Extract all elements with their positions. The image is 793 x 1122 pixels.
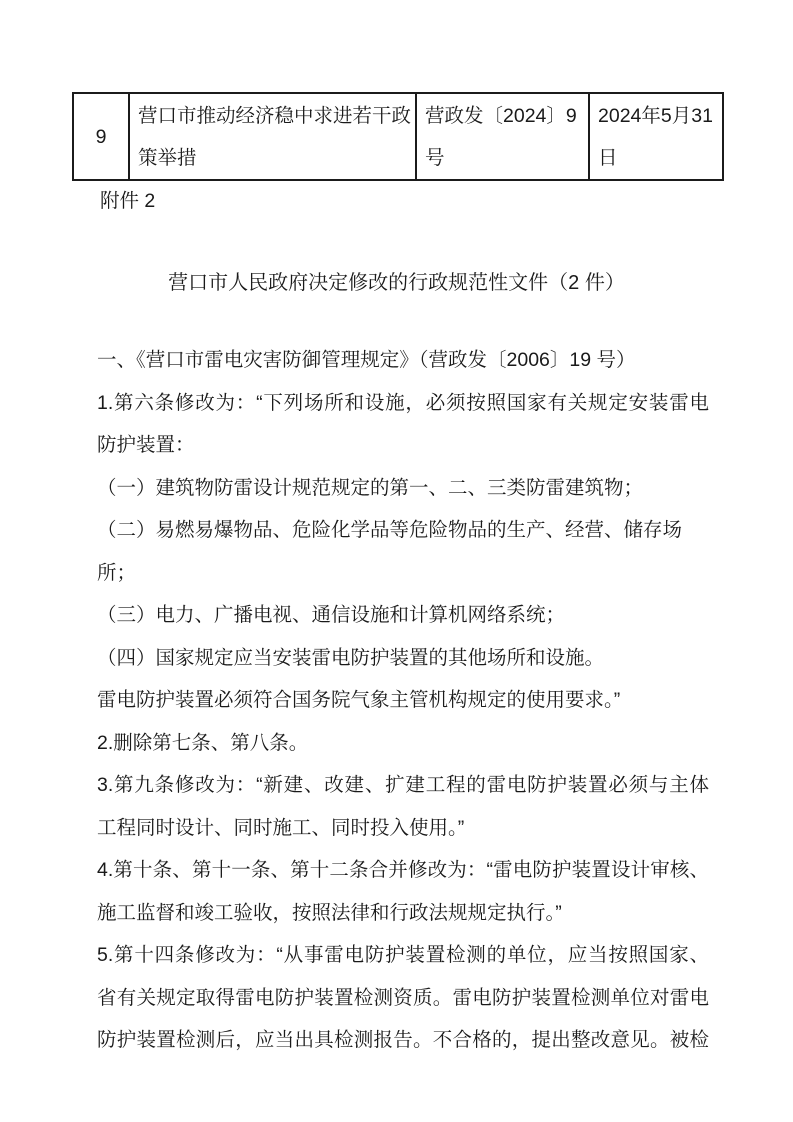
row-number-cell: 9 bbox=[73, 93, 129, 180]
documents-table: 9 营口市推动经济稳中求进若干政策举措 营政发〔2024〕9号 2024年5月3… bbox=[72, 92, 724, 181]
body-line: 3.第九条修改为：“新建、改建、扩建工程的雷电防护装置必须与主体 bbox=[97, 764, 709, 807]
body-line: 1.第六条修改为：“下列场所和设施，必须按照国家有关规定安装雷电 bbox=[97, 382, 709, 425]
body-line: （三）电力、广播电视、通信设施和计算机网络系统； bbox=[97, 594, 709, 637]
body-line: 雷电防护装置必须符合国务院气象主管机构规定的使用要求。” bbox=[97, 679, 709, 722]
body-line: （一）建筑物防雷设计规范规定的第一、二、三类防雷建筑物； bbox=[97, 467, 709, 510]
body-line: （四）国家规定应当安装雷电防护装置的其他场所和设施。 bbox=[97, 637, 709, 680]
document-page: 9 营口市推动经济稳中求进若干政策举措 营政发〔2024〕9号 2024年5月3… bbox=[0, 0, 793, 1122]
body-line: （二）易燃易爆物品、危险化学品等危险物品的生产、经营、储存场所； bbox=[97, 509, 709, 594]
attachment-label: 附件 2 bbox=[100, 187, 155, 215]
table-row: 9 营口市推动经济稳中求进若干政策举措 营政发〔2024〕9号 2024年5月3… bbox=[73, 93, 723, 180]
document-title-cell: 营口市推动经济稳中求进若干政策举措 bbox=[129, 93, 416, 180]
body-line: 施工监督和竣工验收，按照法律和行政法规规定执行。” bbox=[97, 892, 709, 935]
doc-number-cell: 营政发〔2024〕9号 bbox=[416, 93, 589, 180]
publish-date-cell: 2024年5月31日 bbox=[589, 93, 723, 180]
body-line: 省有关规定取得雷电防护装置检测资质。雷电防护装置检测单位对雷电 bbox=[97, 977, 709, 1020]
body-line: 5.第十四条修改为：“从事雷电防护装置检测的单位，应当按照国家、 bbox=[97, 934, 709, 977]
body-line: 工程同时设计、同时施工、同时投入使用。” bbox=[97, 807, 709, 850]
body-line: 防护装置： bbox=[97, 424, 709, 467]
body-line: 防护装置检测后，应当出具检测报告。不合格的，提出整改意见。被检 bbox=[97, 1019, 709, 1062]
body-line: 2.删除第七条、第八条。 bbox=[97, 722, 709, 765]
body-line: 4.第十条、第十一条、第十二条合并修改为：“雷电防护装置设计审核、 bbox=[97, 849, 709, 892]
page-title: 营口市人民政府决定修改的行政规范性文件（2 件） bbox=[0, 269, 793, 297]
document-body: 一、《营口市雷电灾害防御管理规定》（营政发〔2006〕19 号） 1.第六条修改… bbox=[97, 339, 709, 1062]
body-line: 一、《营口市雷电灾害防御管理规定》（营政发〔2006〕19 号） bbox=[97, 339, 709, 382]
